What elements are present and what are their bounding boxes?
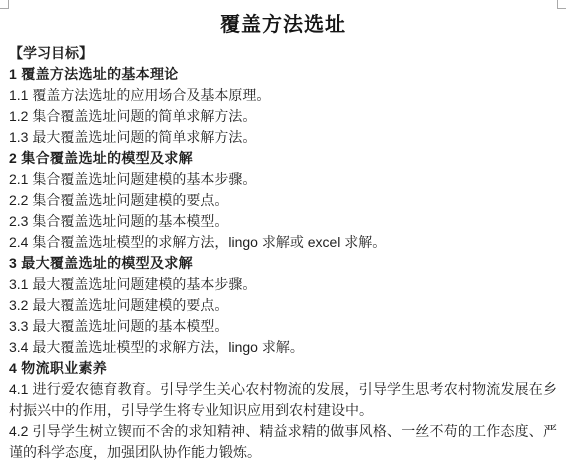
objective-item-1-2: 1.2 集合覆盖选址问题的简单求解方法。 [9,106,557,127]
objective-item-1-1: 1.1 覆盖方法选址的应用场合及基本原理。 [9,85,557,106]
text-boundary-mark-top-right [557,0,566,9]
document-body: 【学习目标】 1 覆盖方法选址的基本理论 1.1 覆盖方法选址的应用场合及基本原… [0,43,566,463]
objective-item-3-1: 3.1 最大覆盖选址问题建模的基本步骤。 [9,274,557,295]
objective-item-2-4: 2.4 集合覆盖选址模型的求解方法，lingo 求解或 excel 求解。 [9,232,557,253]
section-2-heading: 2 集合覆盖选址的模型及求解 [9,148,557,169]
objective-item-3-4: 3.4 最大覆盖选址模型的求解方法，lingo 求解。 [9,337,557,358]
text-boundary-mark-top-left [0,0,9,9]
objective-item-4-2: 4.2 引导学生树立锲而不舍的求知精神、精益求精的做事风格、一丝不苟的工作态度、… [9,421,557,463]
section-4-heading: 4 物流职业素养 [9,358,557,379]
objective-item-2-2: 2.2 集合覆盖选址问题建模的要点。 [9,190,557,211]
objective-item-4-1: 4.1 进行爱农德育教育。引导学生关心农村物流的发展，引导学生思考农村物流发展在… [9,379,557,421]
objective-item-1-3: 1.3 最大覆盖选址问题的简单求解方法。 [9,127,557,148]
document-title: 覆盖方法选址 [0,12,566,38]
objective-item-3-2: 3.2 最大覆盖选址问题建模的要点。 [9,295,557,316]
objectives-label: 【学习目标】 [9,43,557,64]
objective-item-3-3: 3.3 最大覆盖选址问题的基本模型。 [9,316,557,337]
section-1-heading: 1 覆盖方法选址的基本理论 [9,64,557,85]
section-3-heading: 3 最大覆盖选址的模型及求解 [9,253,557,274]
objective-item-2-3: 2.3 集合覆盖选址问题的基本模型。 [9,211,557,232]
objective-item-2-1: 2.1 集合覆盖选址问题建模的基本步骤。 [9,169,557,190]
